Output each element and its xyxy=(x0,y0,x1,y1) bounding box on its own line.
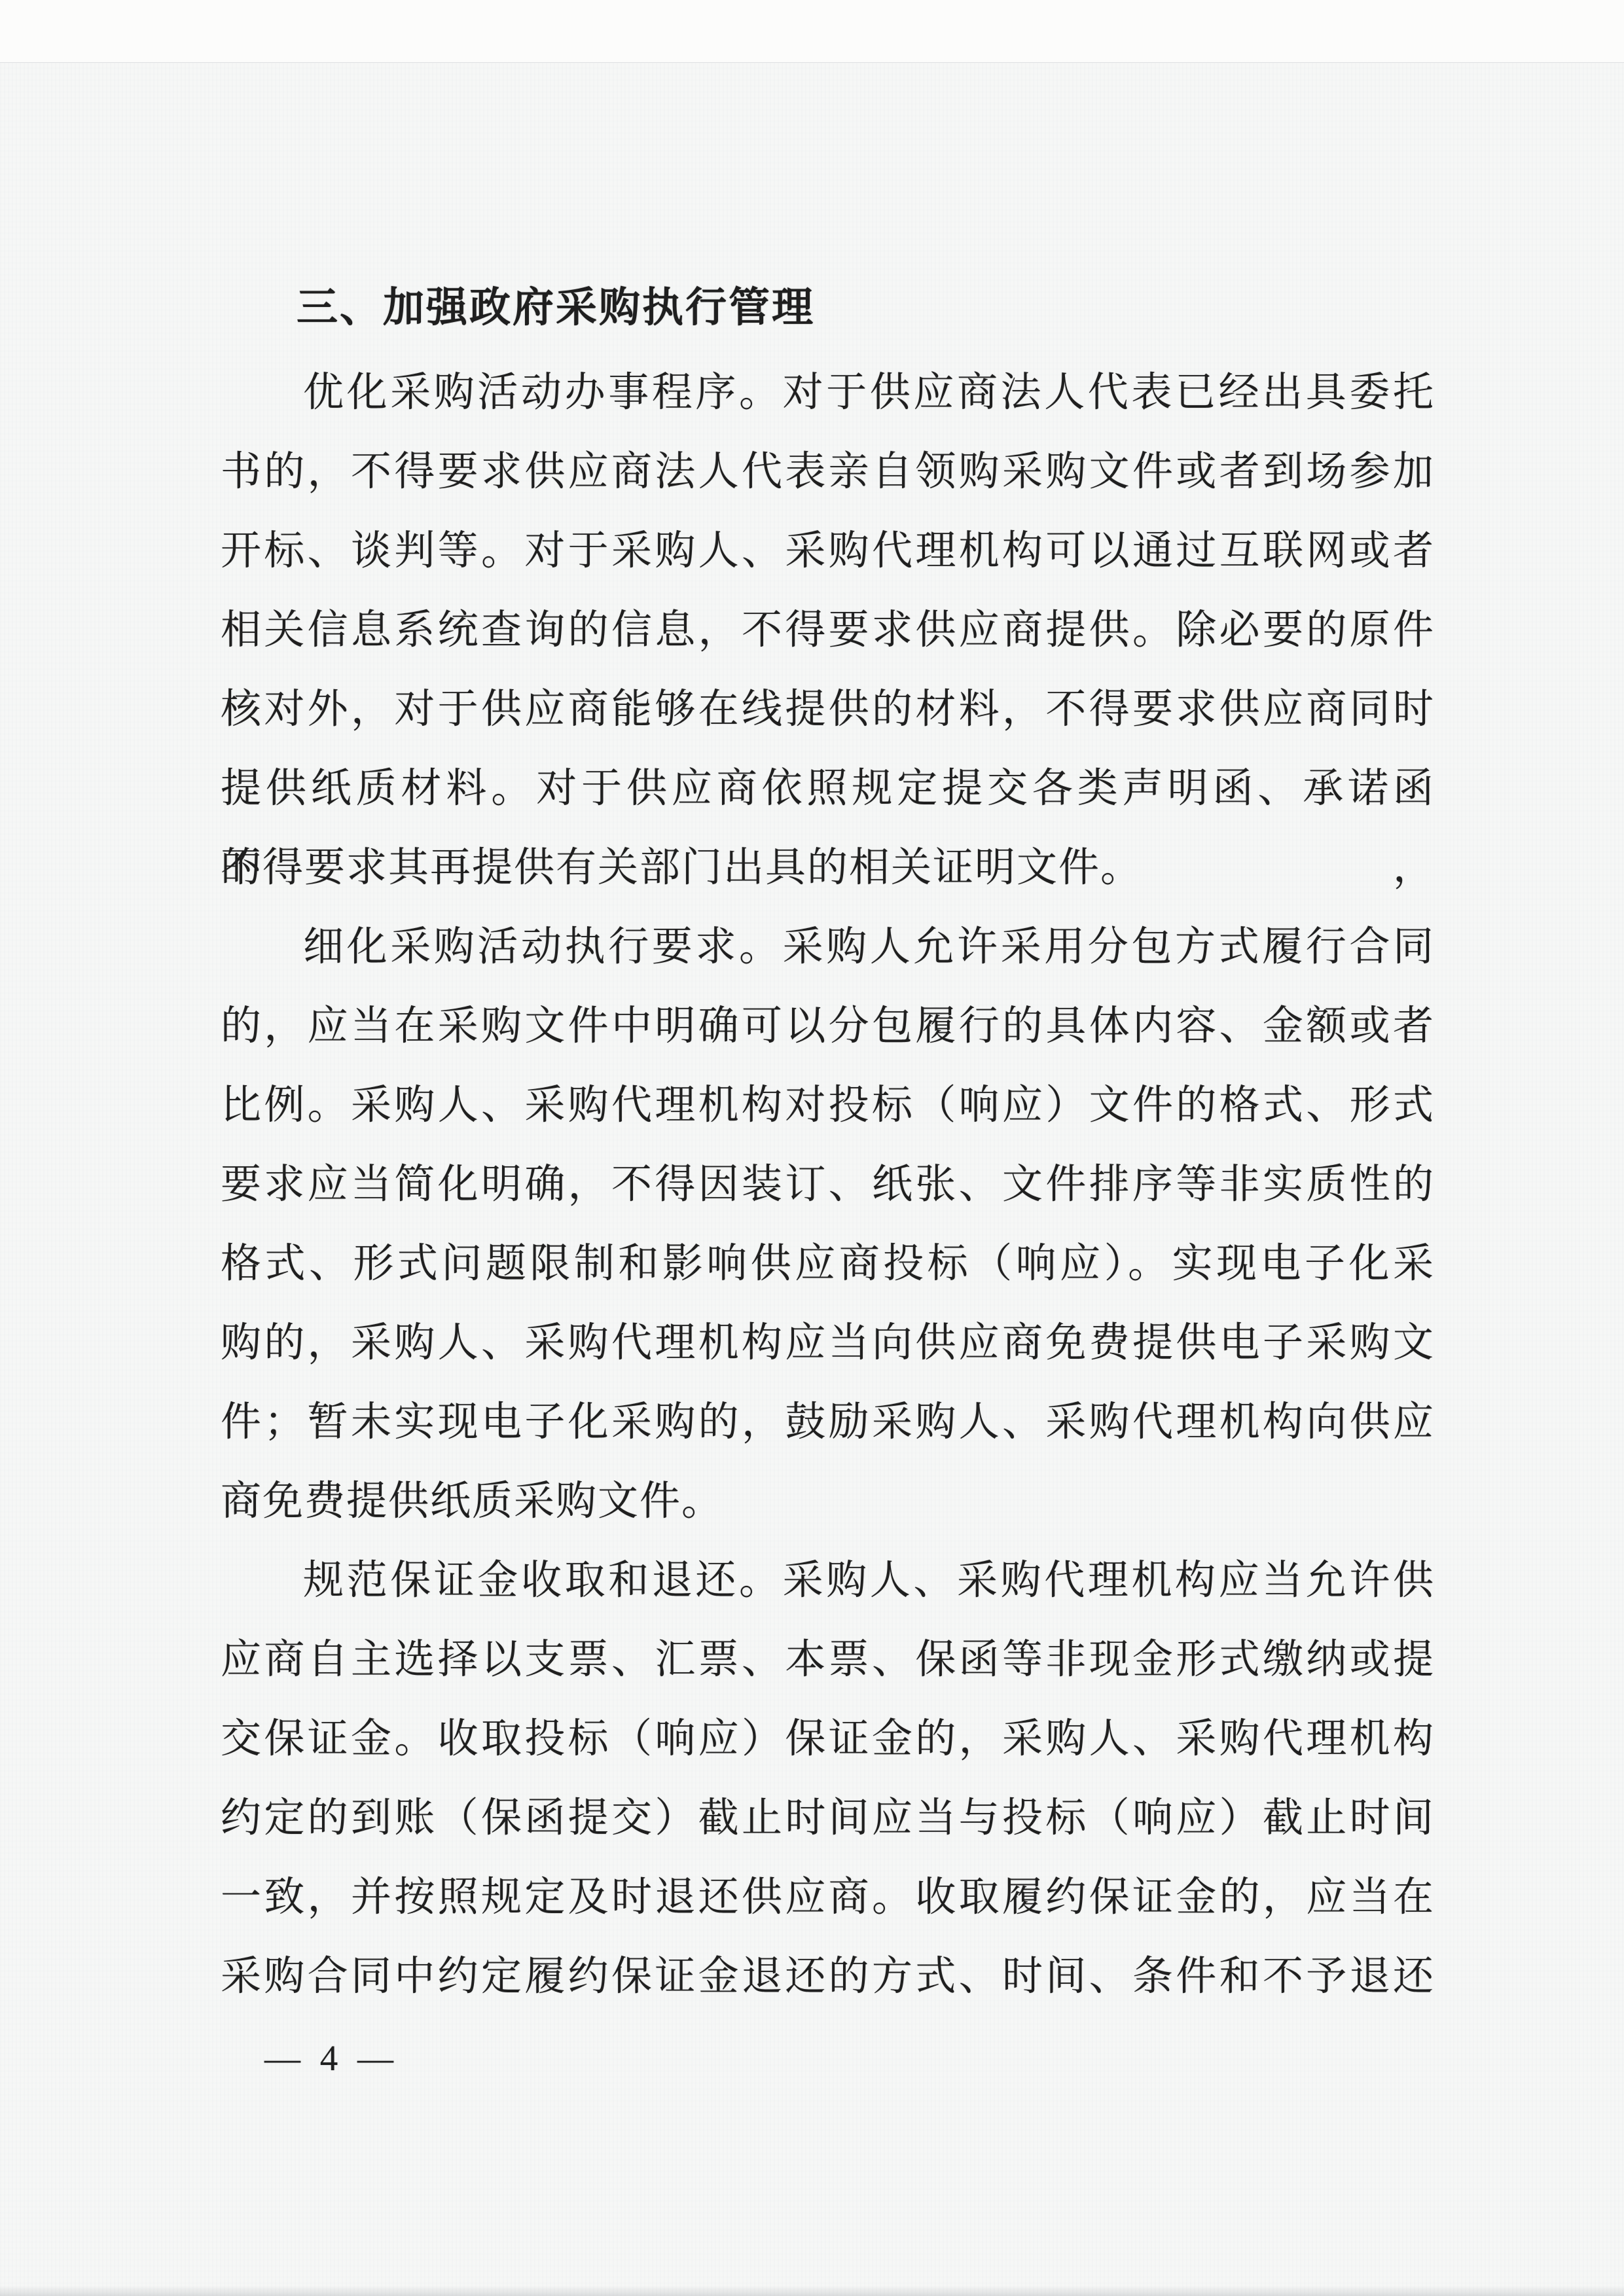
body-line: 应商自主选择以支票、汇票、本票、保函等非现金形式缴纳或提 xyxy=(221,1621,1435,1700)
body-line: 开标、谈判等。对于采购人、采购代理机构可以通过互联网或者 xyxy=(221,512,1435,591)
page-number: — 4 — xyxy=(264,2018,399,2098)
body-line: 商免费提供纸质采购文件。 xyxy=(221,1462,1435,1541)
body-line: 提供纸质材料。对于供应商依照规定提交各类声明函、承诺函的， xyxy=(221,749,1435,829)
body-line: 的，应当在采购文件中明确可以分包履行的具体内容、金额或者 xyxy=(221,987,1435,1066)
body-line: 优化采购活动办事程序。对于供应商法人代表已经出具委托 xyxy=(221,353,1435,433)
body-line: 核对外，对于供应商能够在线提供的材料，不得要求供应商同时 xyxy=(221,670,1435,749)
body-line: 规范保证金收取和退还。采购人、采购代理机构应当允许供 xyxy=(221,1541,1435,1621)
body-line: 约定的到账（保函提交）截止时间应当与投标（响应）截止时间 xyxy=(221,1779,1435,1858)
scan-edge xyxy=(0,0,1624,63)
body-line: 一致，并按照规定及时退还供应商。收取履约保证金的，应当在 xyxy=(221,1858,1435,1937)
body-line: 采购合同中约定履约保证金退还的方式、时间、条件和不予退还 xyxy=(221,1937,1435,2017)
body-line: 要求应当简化明确，不得因装订、纸张、文件排序等非实质性的 xyxy=(221,1145,1435,1225)
body-line: 购的，采购人、采购代理机构应当向供应商免费提供电子采购文 xyxy=(221,1304,1435,1383)
body-line: 细化采购活动执行要求。采购人允许采用分包方式履行合同 xyxy=(221,908,1435,987)
document-page: 三、加强政府采购执行管理 优化采购活动办事程序。对于供应商法人代表已经出具委托 … xyxy=(0,0,1624,2296)
section-heading: 三、加强政府采购执行管理 xyxy=(221,268,1435,348)
body-line: 相关信息系统查询的信息，不得要求供应商提供。除必要的原件 xyxy=(221,591,1435,670)
body-line: 交保证金。收取投标（响应）保证金的，采购人、采购代理机构 xyxy=(221,1700,1435,1779)
body-line: 件；暂未实现电子化采购的，鼓励采购人、采购代理机构向供应 xyxy=(221,1383,1435,1462)
body-line: 不得要求其再提供有关部门出具的相关证明文件。 xyxy=(221,829,1435,908)
body-line: 书的，不得要求供应商法人代表亲自领购采购文件或者到场参加 xyxy=(221,433,1435,512)
body-line: 比例。采购人、采购代理机构对投标（响应）文件的格式、形式 xyxy=(221,1066,1435,1145)
body-line: 格式、形式问题限制和影响供应商投标（响应）。实现电子化采 xyxy=(221,1225,1435,1304)
